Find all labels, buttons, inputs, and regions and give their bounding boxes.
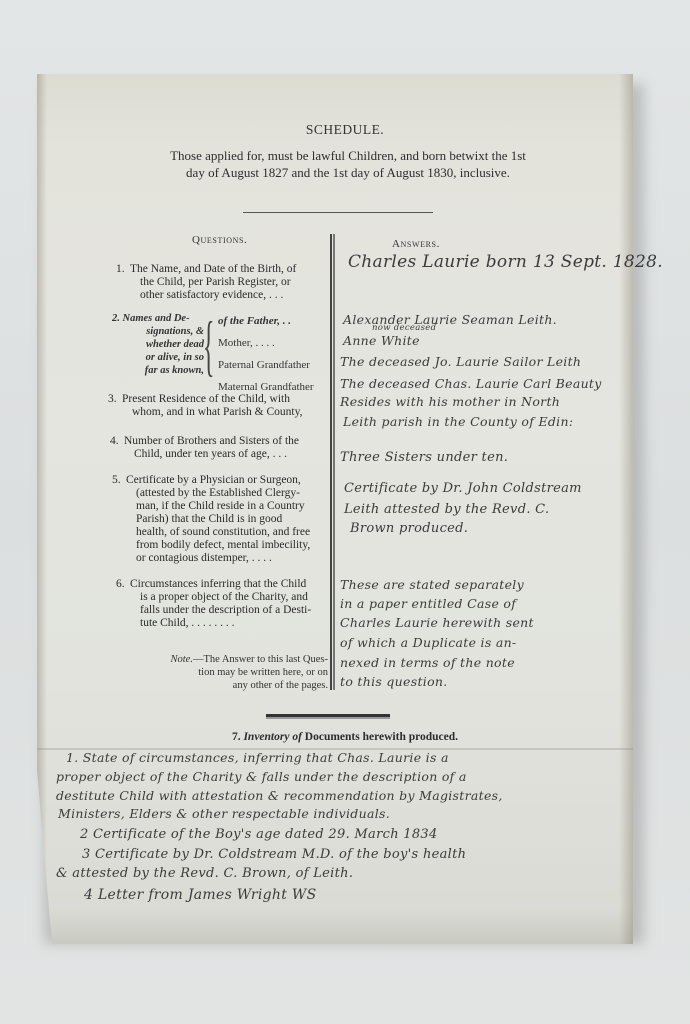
inventory-line: Ministers, Elders & other respectable in…: [58, 806, 390, 821]
question-6: 6. Circumstances inferring that the Chil…: [116, 578, 324, 630]
subitem-mother: Mother, . . . .: [218, 332, 324, 354]
answer-6-line: These are stated separately: [340, 577, 524, 592]
answer-5-line-1: Certificate by Dr. John Coldstream: [344, 481, 582, 496]
eligibility-note: Those applied for, must be lawful Childr…: [118, 147, 578, 181]
inventory-line: & attested by the Revd. C. Brown, of Lei…: [56, 866, 353, 881]
question-2-subitems: of the Father, . . Mother, . . . . Pater…: [218, 310, 324, 398]
question-line: Certificate by a Physician or Surgeon,: [126, 474, 324, 487]
eligibility-line-2: day of August 1827 and the 1st day of Au…: [118, 164, 578, 181]
answer-5-line-3: Brown produced.: [350, 521, 468, 536]
question-5: 5. Certificate by a Physician or Surgeon…: [112, 474, 324, 565]
question-line: Present Residence of the Child, with: [122, 393, 324, 406]
inventory-line: 1. State of circumstances, inferring tha…: [66, 750, 449, 765]
answer-5-line-2: Leith attested by the Revd. C.: [344, 502, 549, 517]
question-number: 3.: [108, 393, 117, 406]
answer-6-line: in a paper entitled Case of: [340, 596, 516, 611]
answer-6-line: to this question.: [340, 674, 448, 689]
question-line: whom, and in what Parish & County,: [122, 406, 324, 419]
question-number: 1.: [116, 263, 125, 276]
answer-2-father-note: now deceased: [372, 323, 436, 333]
question-number: 5.: [112, 474, 121, 487]
inventory-line: 4 Letter from James Wright WS: [84, 887, 316, 903]
inventory-line: proper object of the Charity & falls und…: [56, 769, 467, 784]
inventory-line: destitute Child with attestation & recom…: [56, 788, 503, 803]
question-line: from bodily defect, mental imbecility,: [126, 539, 324, 552]
question-line: man, if the Child reside in a Country: [126, 500, 324, 513]
question-line: falls under the description of a Desti-: [130, 604, 324, 617]
answer-1-name-birth: Charles Laurie born 13 Sept. 1828.: [348, 252, 663, 272]
question-number: 6.: [116, 578, 125, 591]
question-4: 4. Number of Brothers and Sisters of the…: [110, 435, 324, 461]
answer-6-line: of which a Duplicate is an-: [340, 635, 516, 650]
answer-6-line: Charles Laurie herewith sent: [340, 615, 534, 630]
note-label: Note.: [171, 654, 193, 665]
eligibility-line-1: Those applied for, must be lawful Childr…: [118, 147, 578, 164]
question-line: Child, under ten years of age, . . .: [124, 448, 324, 461]
inventory-title: 7. Inventory of Documents herewith produ…: [0, 731, 690, 743]
question-line: the Child, per Parish Register, or: [130, 276, 324, 289]
question-line: tute Child, . . . . . . . .: [130, 617, 324, 630]
question-line: The Name, and Date of the Birth, of: [130, 263, 324, 276]
answer-6-line: nexed in terms of the note: [340, 655, 515, 670]
question-line: Number of Brothers and Sisters of the: [124, 435, 324, 448]
section-divider: [266, 714, 390, 717]
note-block: Note.—The Answer to this last Ques- tion…: [160, 653, 328, 692]
question-number: 4.: [110, 435, 119, 448]
answer-3-line-2: Leith parish in the County of Edin:: [343, 414, 573, 429]
question-number: 2.: [112, 313, 120, 324]
subitem-father: of the Father, . .: [218, 310, 324, 332]
inventory-line: 2 Certificate of the Boy's age dated 29.…: [80, 827, 438, 842]
answer-4: Three Sisters under ten.: [340, 450, 508, 465]
question-line: Circumstances inferring that the Child: [130, 578, 324, 591]
question-line: (attested by the Established Clergy-: [126, 487, 324, 500]
answer-2-maternal-grandfather: The deceased Chas. Laurie Carl Beauty: [340, 376, 602, 391]
answers-header: Answers.: [392, 238, 440, 250]
answer-2-paternal-grandfather: The deceased Jo. Laurie Sailor Leith: [340, 354, 581, 369]
question-line: or contagious distemper, . . . .: [126, 552, 324, 565]
question-2: 2. Names and De- signations, & whether d…: [112, 312, 204, 377]
question-3: 3. Present Residence of the Child, with …: [108, 393, 324, 419]
document-title: SCHEDULE.: [0, 122, 690, 138]
question-line: is a proper object of the Charity, and: [130, 591, 324, 604]
answer-3-line-1: Resides with his mother in North: [340, 394, 560, 409]
question-1: 1. The Name, and Date of the Birth, of t…: [116, 263, 324, 302]
title-divider: [243, 212, 433, 213]
answer-2-mother: Anne White: [343, 333, 420, 348]
question-line: Parish) that the Child is in good: [126, 513, 324, 526]
question-line: other satisfactory evidence, . . .: [130, 289, 324, 302]
curly-brace: {: [203, 308, 214, 382]
inventory-line: 3 Certificate by Dr. Coldstream M.D. of …: [82, 847, 466, 862]
subitem-paternal-grandfather: Paternal Grandfather: [218, 354, 324, 376]
column-divider: [330, 234, 332, 690]
question-line: health, of sound constitution, and free: [126, 526, 324, 539]
questions-header: Questions.: [192, 234, 247, 246]
